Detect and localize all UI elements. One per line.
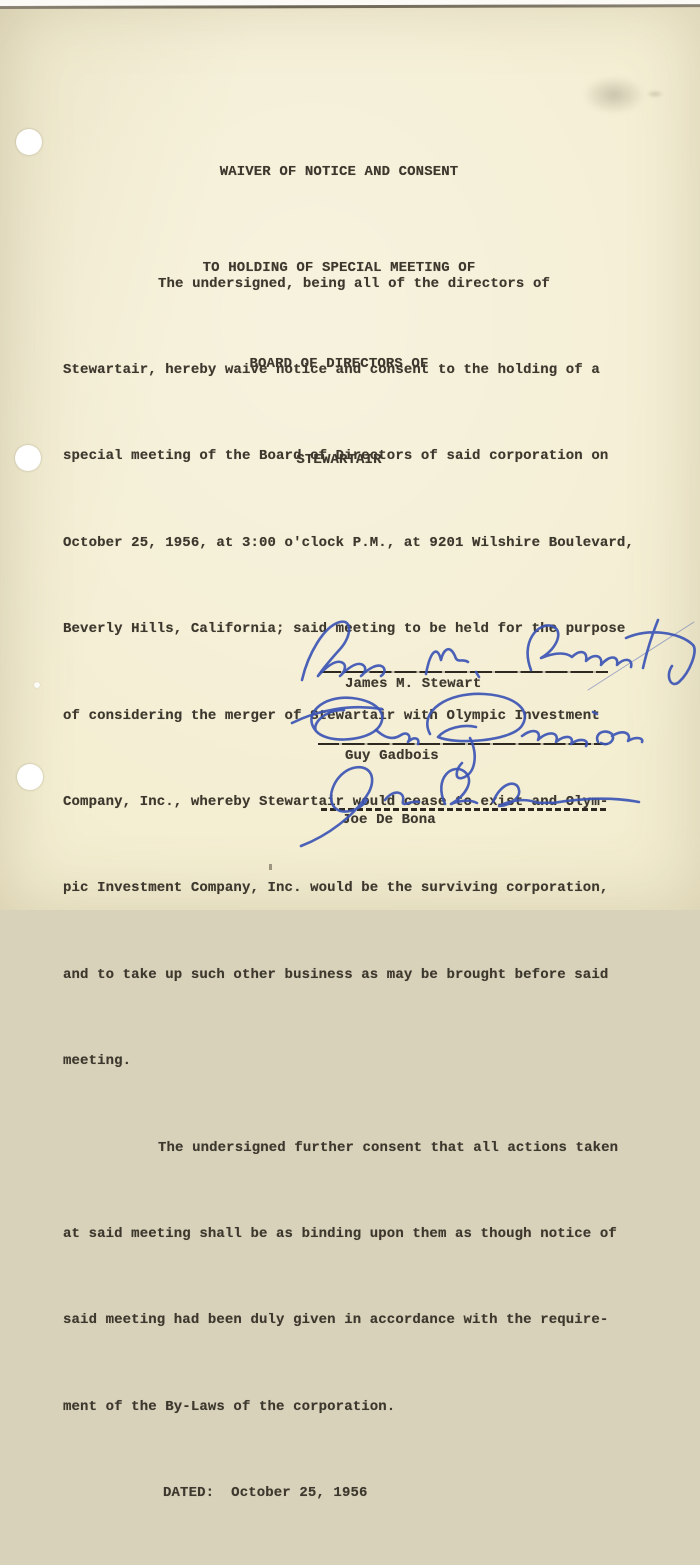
pencil-smudge-small xyxy=(646,90,664,98)
punch-hole-top xyxy=(16,129,42,155)
paper-small-hole xyxy=(34,682,40,688)
punch-hole-middle xyxy=(15,445,41,471)
paper-top-edge xyxy=(0,4,700,9)
body-line: special meeting of the Board of Director… xyxy=(63,442,655,471)
document-page: WAIVER OF NOTICE AND CONSENT TO HOLDING … xyxy=(0,0,700,910)
punch-hole-bottom xyxy=(17,764,43,790)
body-line: The undersigned, being all of the direct… xyxy=(63,270,655,299)
signature-ink-joe-de-bona xyxy=(293,756,645,854)
title-line-1: WAIVER OF NOTICE AND CONSENT xyxy=(63,156,615,188)
body-line: pic Investment Company, Inc. would be th… xyxy=(63,874,655,903)
body-line: Stewartair, hereby waive notice and cons… xyxy=(63,356,655,385)
body-line: October 25, 1956, at 3:00 o'clock P.M., … xyxy=(63,529,655,558)
